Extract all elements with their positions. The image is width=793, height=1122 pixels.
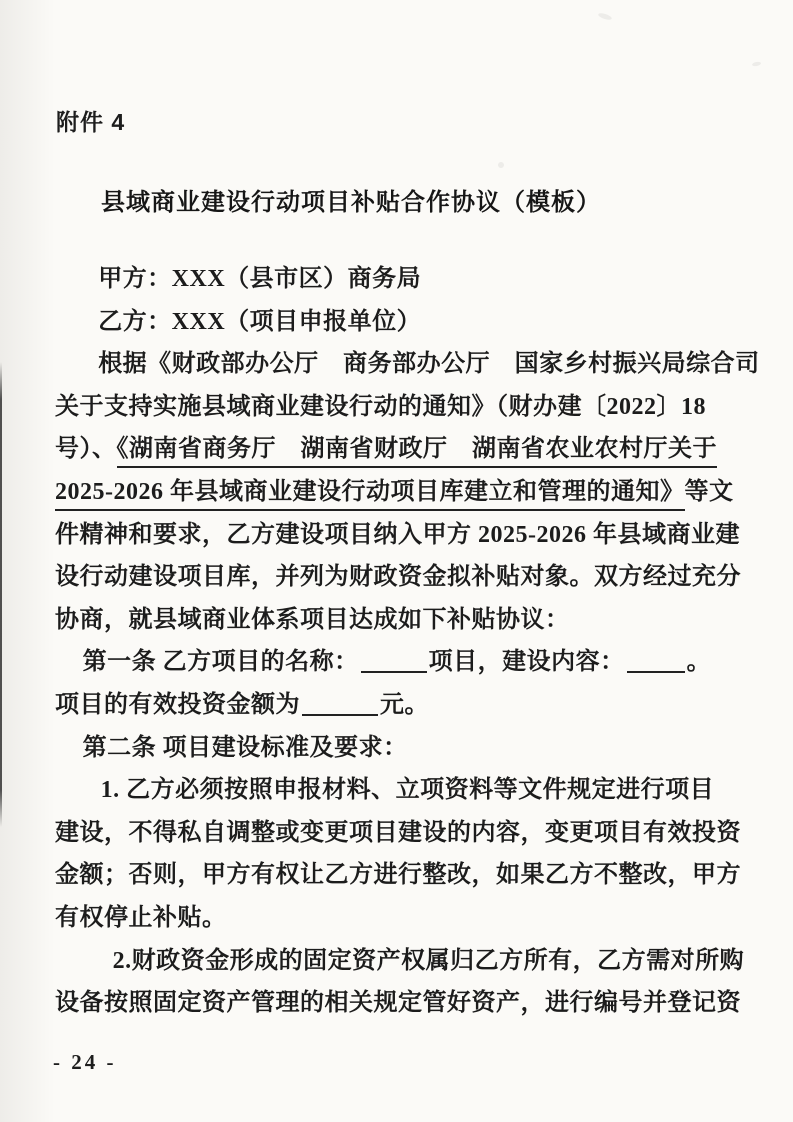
body-line: 协商，就县域商业体系项目达成如下补贴协议： <box>55 599 755 642</box>
document-page: 附件 4 县域商业建设行动项目补贴合作协议（模板） 甲方：XXX（县市区）商务局… <box>0 0 793 1122</box>
body-line: 根据《财政部办公厅 商务部办公厅 国家乡村振兴局综合司 <box>55 343 755 386</box>
page-number: - 24 - <box>53 1050 117 1075</box>
body-line: 2025-2026 年县域商业建设行动项目库建立和管理的通知》等文 <box>55 471 755 514</box>
body-line: 1. 乙方必须按照申报材料、立项资料等文件规定进行项目 <box>55 769 755 812</box>
text-segment: 。 <box>687 649 712 675</box>
text-segment: 《湖南省商务厅 湖南省财政厅 湖南省农业农村厅关于 <box>117 436 718 468</box>
body-line: 项目的有效投资金额为元。 <box>55 684 755 727</box>
blank-field <box>302 700 378 716</box>
body-line: 乙方：XXX（项目申报单位） <box>55 301 755 344</box>
scan-shadow-left <box>0 0 55 1122</box>
text-segment: 第二条 项目建设标准及要求： <box>83 735 408 761</box>
body-line: 关于支持实施县域商业建设行动的通知》（财办建〔2022〕18 <box>55 386 755 429</box>
blank-field <box>627 657 685 673</box>
body-line: 第一条 乙方项目的名称：项目，建设内容：。 <box>55 641 755 684</box>
text-segment: 乙方：XXX（项目申报单位） <box>98 309 421 335</box>
text-segment: 设行动建设项目库，并列为财政资金拟补贴对象。双方经过充分 <box>55 564 741 590</box>
body-line: 设备按照固定资产管理的相关规定管好资产，进行编号并登记资 <box>55 982 755 1025</box>
text-segment: 有权停止补贴。 <box>55 905 227 931</box>
body-line: 设行动建设项目库，并列为财政资金拟补贴对象。双方经过充分 <box>55 556 755 599</box>
text-segment: 协商，就县域商业体系项目达成如下补贴协议： <box>55 607 570 633</box>
text-segment: 根据《财政部办公厅 商务部办公厅 国家乡村振兴局综合司 <box>98 351 760 377</box>
document-title: 县域商业建设行动项目补贴合作协议（模板） <box>55 182 647 217</box>
body-line: 金额；否则，甲方有权让乙方进行整改，如果乙方不整改，甲方 <box>55 854 755 897</box>
text-segment: 1. 乙方必须按照申报材料、立项资料等文件规定进行项目 <box>101 777 715 803</box>
text-segment: 项目，建设内容： <box>429 649 625 675</box>
text-segment: 设备按照固定资产管理的相关规定管好资产，进行编号并登记资 <box>55 990 741 1016</box>
body-line: 甲方：XXX（县市区）商务局 <box>55 258 755 301</box>
scan-speck <box>498 162 504 168</box>
scan-speck <box>752 61 762 67</box>
text-segment: 等文 <box>685 479 734 505</box>
body-line: 建设，不得私自调整或变更项目建设的内容，变更项目有效投资 <box>55 812 755 855</box>
body-lines: 甲方：XXX（县市区）商务局乙方：XXX（项目申报单位）根据《财政部办公厅 商务… <box>55 258 755 1025</box>
attachment-label: 附件 4 <box>56 104 125 137</box>
body-line: 件精神和要求，乙方建设项目纳入甲方 2025-2026 年县域商业建 <box>55 514 755 557</box>
text-segment: 2025-2026 年县域商业建设行动项目库建立和管理的通知》 <box>55 479 685 511</box>
text-segment: 项目的有效投资金额为 <box>55 692 300 718</box>
text-segment: 2.财政资金形成的固定资产权属归乙方所有，乙方需对所购 <box>113 948 745 974</box>
text-segment: 甲方：XXX（县市区）商务局 <box>98 266 421 292</box>
blank-field <box>361 657 427 673</box>
text-segment: 建设，不得私自调整或变更项目建设的内容，变更项目有效投资 <box>55 820 741 846</box>
text-segment: 号）、 <box>55 436 117 462</box>
text-segment: 元。 <box>380 692 429 718</box>
text-segment: 金额；否则，甲方有权让乙方进行整改，如果乙方不整改，甲方 <box>55 862 741 888</box>
text-segment: 关于支持实施县域商业建设行动的通知》（财办建〔2022〕18 <box>55 394 706 420</box>
text-segment: 件精神和要求，乙方建设项目纳入甲方 2025-2026 年县域商业建 <box>55 522 740 548</box>
scan-artifact-left-edge <box>0 362 2 827</box>
body-line: 2.财政资金形成的固定资产权属归乙方所有，乙方需对所购 <box>55 940 755 983</box>
text-segment: 第一条 乙方项目的名称： <box>83 649 359 675</box>
body-line: 有权停止补贴。 <box>55 897 755 940</box>
scan-speck <box>598 12 613 21</box>
body-line: 号）、《湖南省商务厅 湖南省财政厅 湖南省农业农村厅关于 <box>55 428 755 471</box>
body-line: 第二条 项目建设标准及要求： <box>55 727 755 770</box>
